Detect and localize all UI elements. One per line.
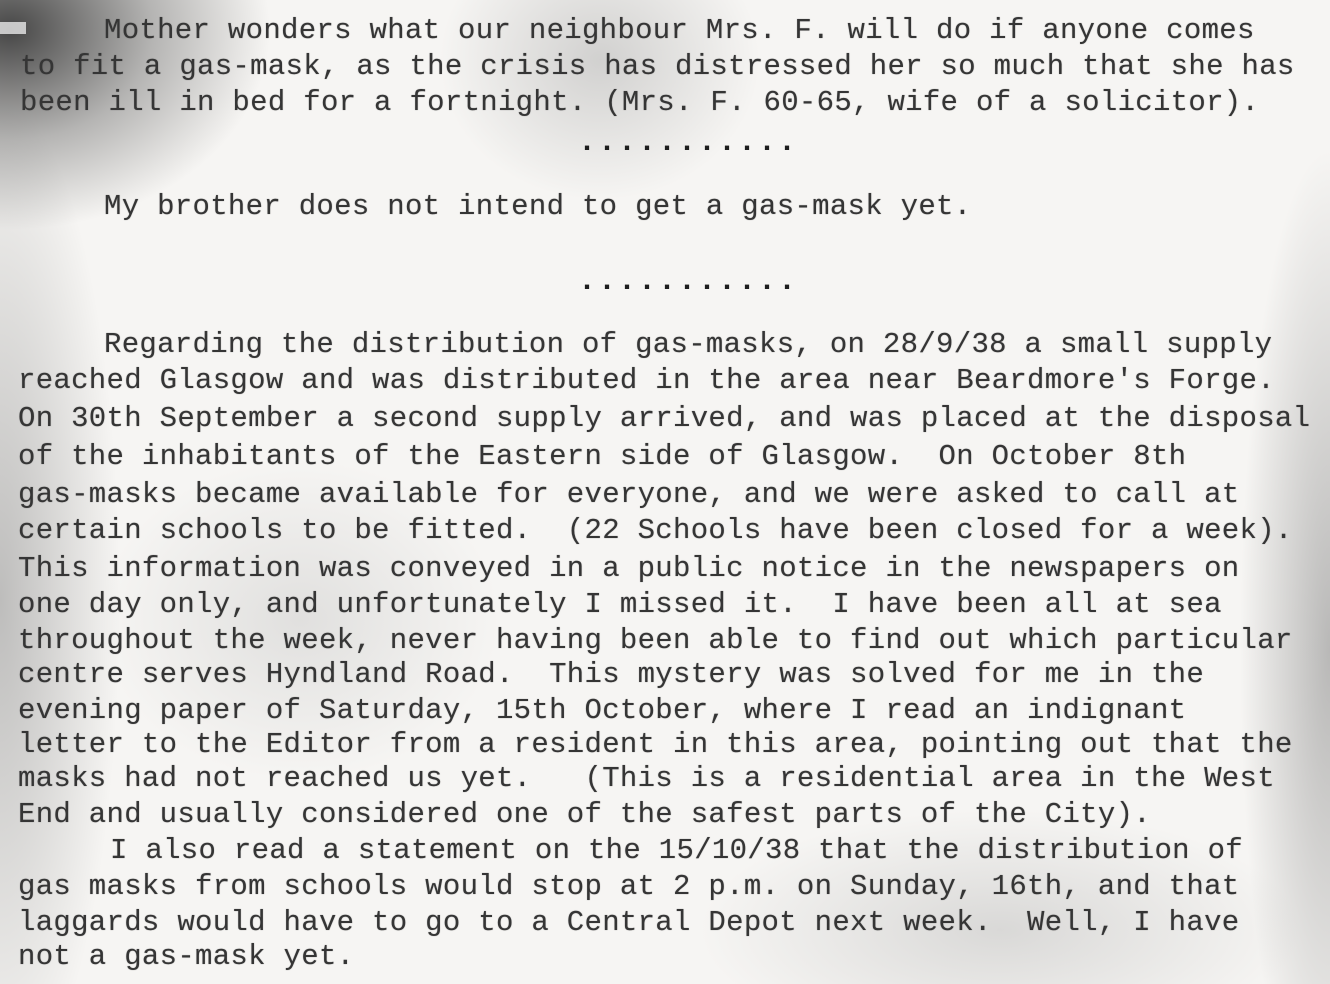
paragraph-4-line-3: laggards would have to go to a Central D… [18, 908, 1240, 937]
paragraph-3-line-4: of the inhabitants of the Eastern side o… [18, 442, 1186, 471]
paragraph-3-line-11: evening paper of Saturday, 15th October,… [18, 696, 1186, 725]
paragraph-3-line-2: reached Glasgow and was distributed in t… [18, 366, 1275, 395]
paragraph-3-line-12: letter to the Editor from a resident in … [18, 730, 1293, 759]
paragraph-3-line-14: End and usually considered one of the sa… [18, 800, 1151, 829]
paragraph-3-line-5: gas-masks became available for everyone,… [18, 480, 1240, 509]
paragraph-3-line-8: one day only, and unfortunately I missed… [18, 590, 1222, 619]
paragraph-3-line-7: This information was conveyed in a publi… [18, 554, 1240, 583]
typewritten-document-page: Mother wonders what our neighbour Mrs. F… [0, 0, 1330, 984]
paragraph-1-line-2: to fit a gas-mask, as the crisis has dis… [20, 52, 1295, 81]
separator-dots-1: ........... [578, 126, 798, 160]
paragraph-4-line-2: gas masks from schools would stop at 2 p… [18, 872, 1240, 901]
paragraph-4-line-1: I also read a statement on the 15/10/38 … [110, 836, 1243, 865]
paragraph-3-line-9: throughout the week, never having been a… [18, 626, 1293, 655]
paragraph-1-line-3: been ill in bed for a fortnight. (Mrs. F… [20, 88, 1259, 117]
paragraph-3-line-3: On 30th September a second supply arrive… [18, 404, 1310, 433]
paragraph-3-line-13: masks had not reached us yet. (This is a… [18, 764, 1275, 793]
paragraph-1-line-1: Mother wonders what our neighbour Mrs. F… [104, 16, 1255, 45]
paragraph-3-line-1: Regarding the distribution of gas-masks,… [104, 330, 1272, 359]
paragraph-4-line-4: not a gas-mask yet. [18, 942, 354, 971]
separator-dots-2: ........... [578, 265, 798, 299]
paragraph-3-line-6: certain schools to be fitted. (22 School… [18, 516, 1293, 545]
paragraph-2: My brother does not intend to get a gas-… [104, 192, 971, 221]
paragraph-3-line-10: centre serves Hyndland Road. This myster… [18, 660, 1204, 689]
margin-mark [0, 22, 26, 34]
